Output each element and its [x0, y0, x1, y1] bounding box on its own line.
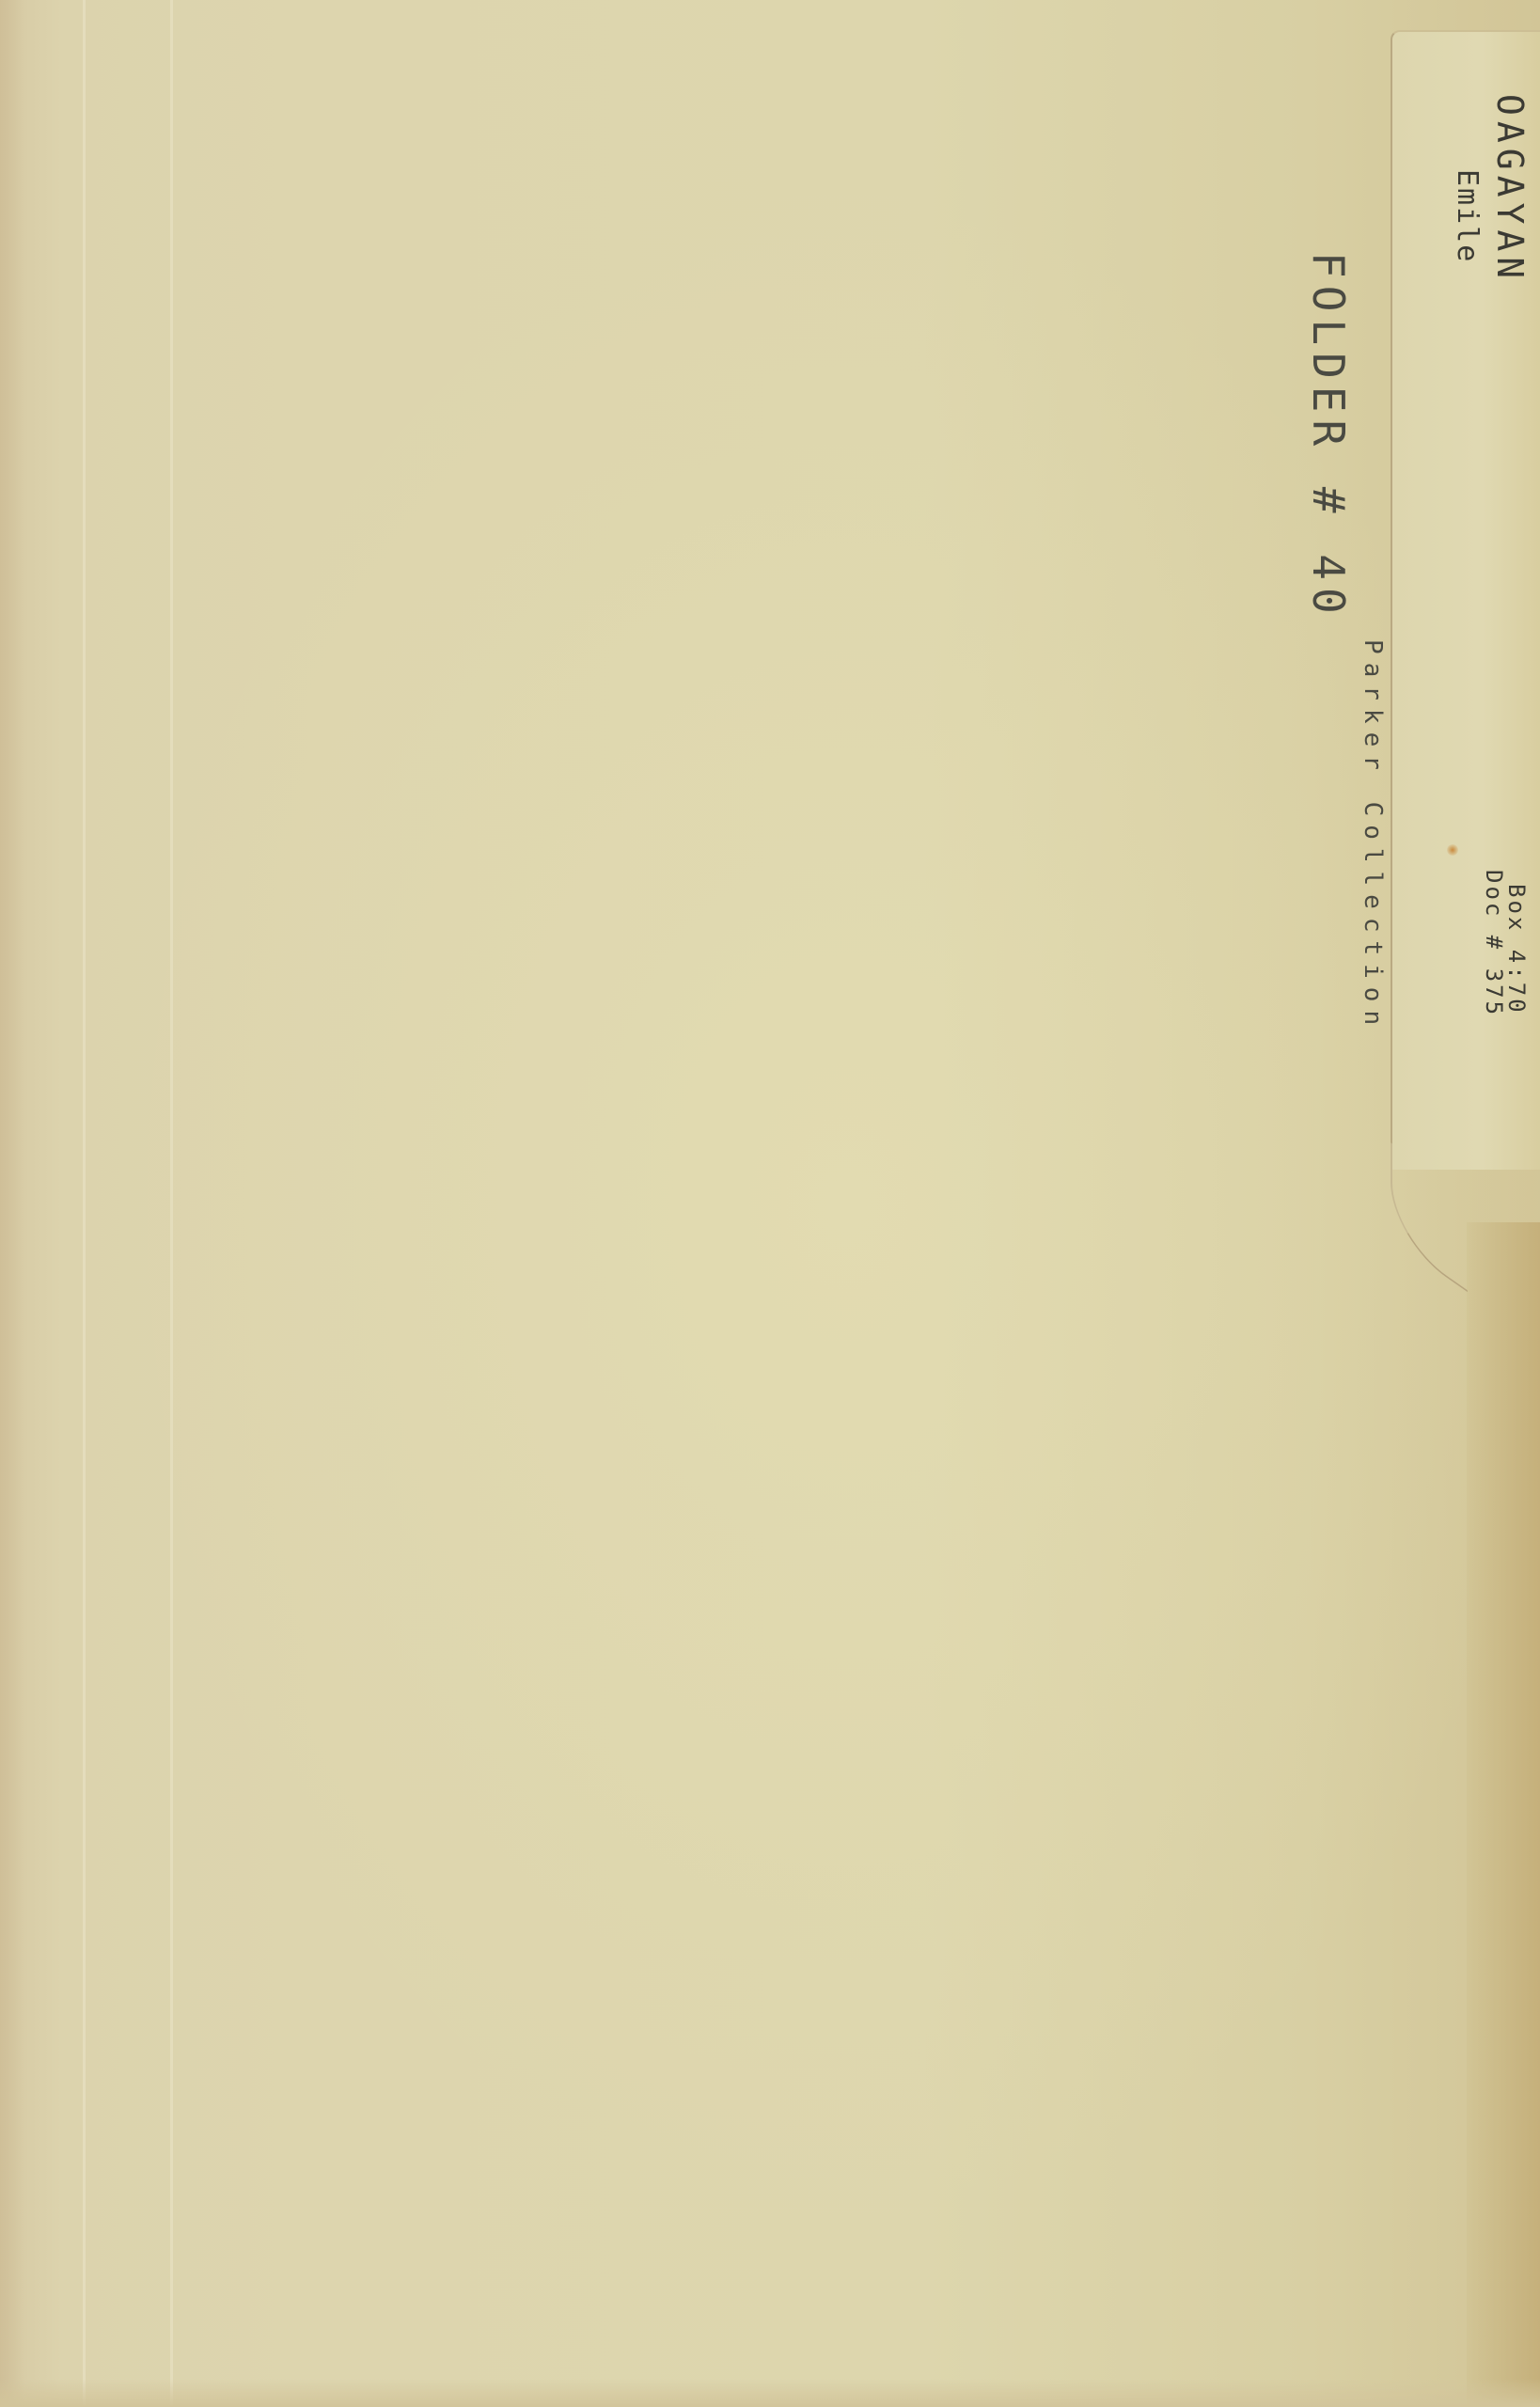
tab-surname: OAGAYAN [1489, 94, 1531, 284]
tab-given-name: Emile [1451, 169, 1484, 263]
folder-back-edge [1467, 1222, 1540, 2407]
score-line [83, 0, 86, 2407]
doc-number: Doc # 375 [1481, 870, 1507, 1017]
stain-spot [1447, 844, 1458, 856]
box-number: Box 4:70 [1503, 884, 1530, 1015]
score-line [170, 0, 173, 2407]
folder-left-edge [0, 0, 24, 2407]
folder-bottom-edge [0, 2379, 1540, 2407]
folder-cover: OAGAYAN Emile FOLDER # 40 Parker Collect… [0, 0, 1540, 2407]
collection-name: Parker Collection [1359, 639, 1387, 1033]
folder-number: FOLDER # 40 [1303, 252, 1354, 621]
